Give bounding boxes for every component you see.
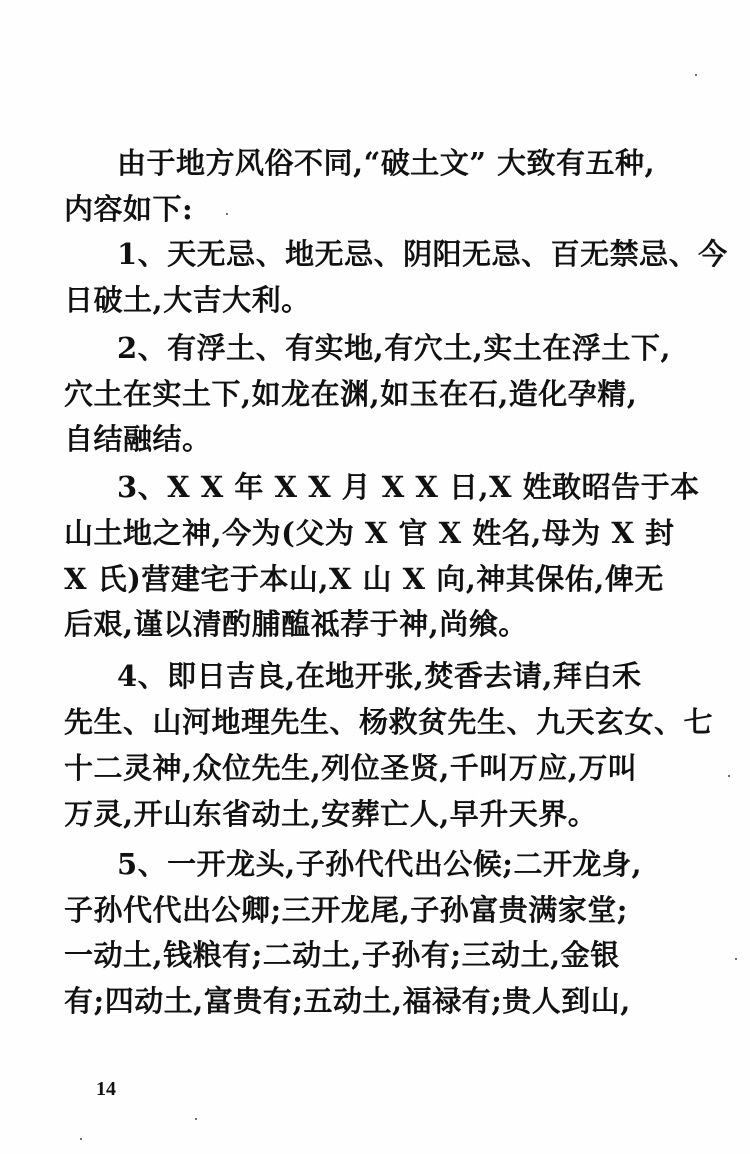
item-3-line-4: 后艰,谨以清酌脯醢祗荐于神,尚飨。 — [64, 606, 694, 642]
scan-speck — [566, 536, 568, 538]
item-2-line-1: 2、有浮土、有实地,有穴土,实土在浮土下, — [117, 330, 694, 366]
item-5-line-1: 5、一开龙头,子孙代代出公候;二开龙身, — [117, 846, 694, 882]
item-1-line-1: 1、天无忌、地无忌、阴阳无忌、百无禁忌、今 — [117, 236, 694, 272]
scan-speck — [80, 1138, 82, 1140]
scan-speck — [735, 958, 737, 960]
item-4-line-1: 4、即日吉良,在地开张,焚香去请,拜白禾 — [117, 658, 694, 694]
scan-speck — [226, 213, 228, 215]
page-number: 14 — [96, 1078, 116, 1101]
item-5-line-2: 子孙代代出公卿;三开龙尾,子孙富贵满家堂; — [64, 892, 694, 928]
item-2-line-3: 自结融结。 — [64, 421, 694, 457]
item-5-line-3: 一动土,钱粮有;二动土,子孙有;三动土,金银 — [64, 937, 694, 973]
item-3-line-3: X 氏)营建宅于本山,X 山 X 向,神其保佑,俾无 — [64, 561, 694, 597]
scan-speck — [66, 765, 68, 767]
book-page: 由于地方风俗不同,“破土文” 大致有五种, 内容如下: 1、天无忌、地无忌、阴阳… — [0, 0, 750, 1154]
item-3-line-2: 山土地之神,今为(父为 X 官 X 姓名,母为 X 封 — [64, 515, 694, 551]
scan-speck — [695, 74, 697, 76]
intro-line-1: 由于地方风俗不同,“破土文” 大致有五种, — [117, 145, 694, 181]
item-4-line-3: 十二灵神,众位先生,列位圣贤,千叫万应,万叫 — [64, 750, 694, 786]
item-5-line-4: 有;四动土,富贵有;五动土,福禄有;贵人到山, — [64, 983, 694, 1019]
intro-line-2: 内容如下: — [64, 191, 694, 227]
item-4-line-4: 万灵,开山东省动土,安葬亡人,早升天界。 — [64, 796, 694, 832]
item-4-line-2: 先生、山河地理先生、杨救贫先生、九天玄女、七 — [64, 704, 694, 740]
scan-speck — [590, 262, 592, 264]
item-2-line-2: 穴土在实土下,如龙在渊,如玉在石,造化孕精, — [64, 376, 694, 412]
item-3-line-1: 3、X X 年 X X 月 X X 日,X 姓敢昭告于本 — [117, 469, 694, 505]
item-1-line-2: 日破土,大吉大利。 — [64, 282, 694, 318]
scan-speck — [385, 900, 387, 902]
scan-speck — [728, 775, 730, 777]
scan-speck — [195, 1118, 197, 1120]
